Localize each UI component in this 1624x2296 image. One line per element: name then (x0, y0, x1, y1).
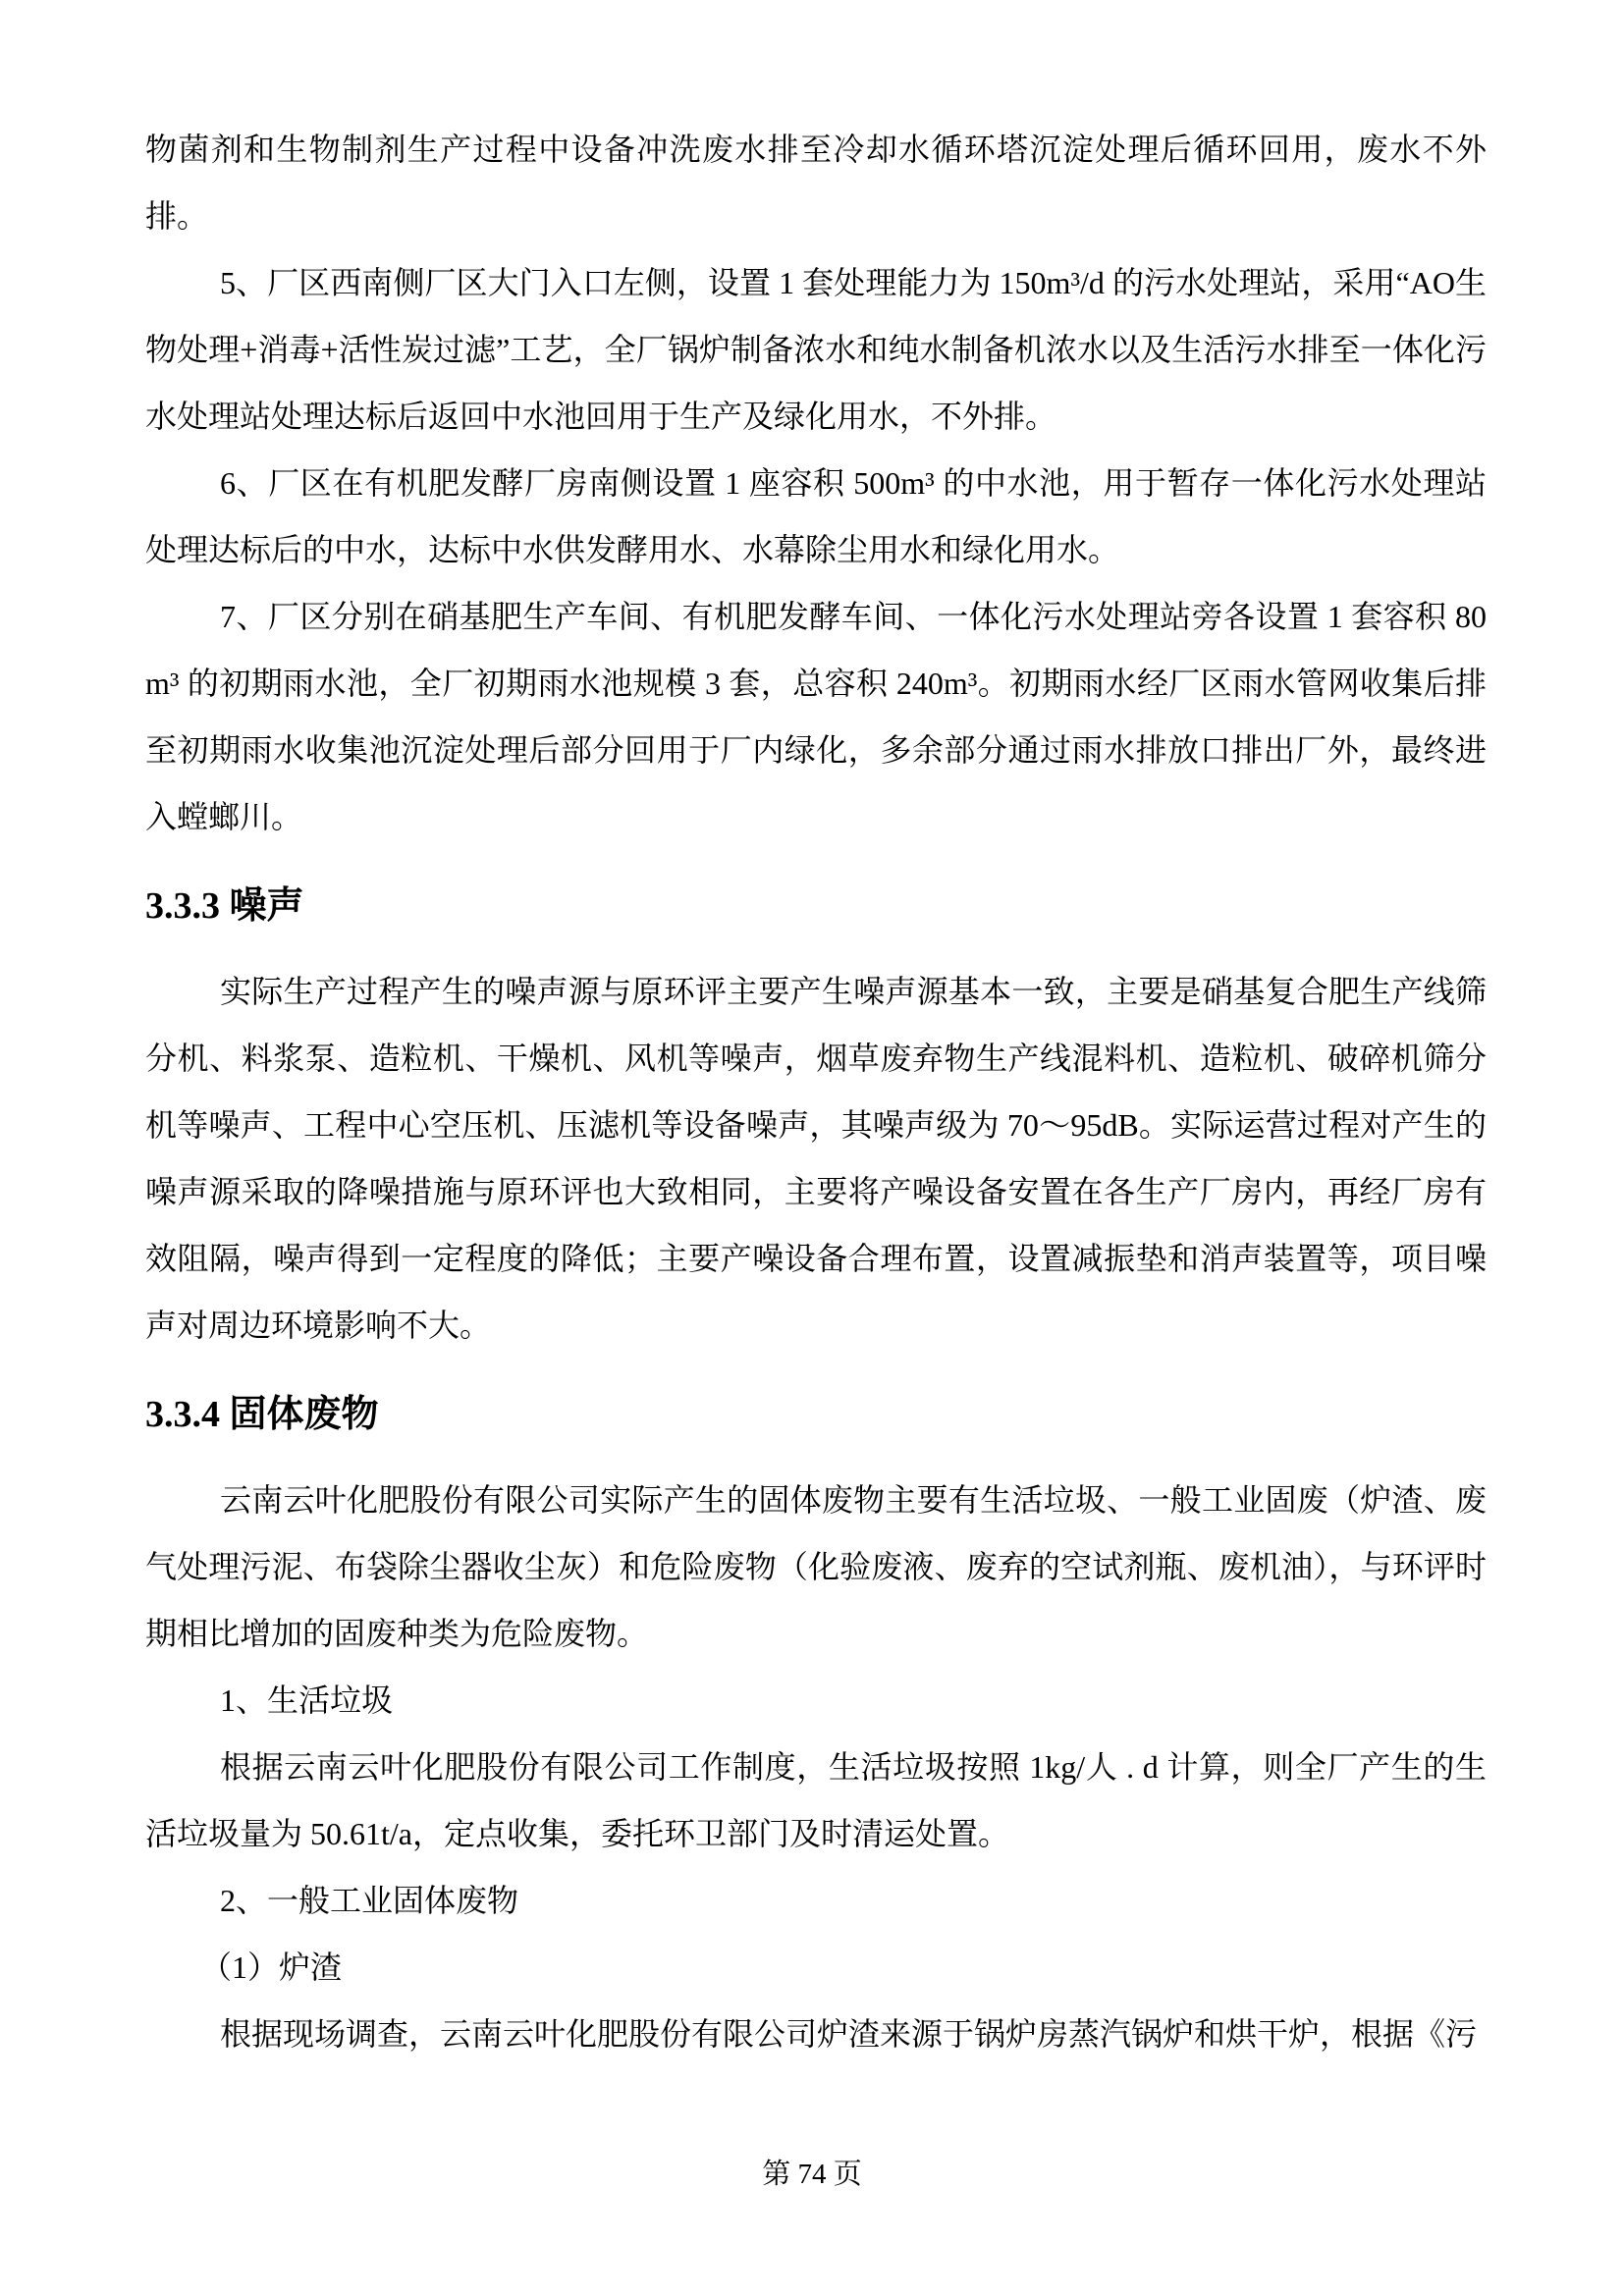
paragraph-item-7-initial-rainwater-pools: 7、厂区分别在硝基肥生产车间、有机肥发酵车间、一体化污水处理站旁各设置 1 套容… (145, 583, 1487, 850)
heading-3-3-3-noise: 3.3.3 噪声 (145, 880, 1487, 933)
list-item-2-general-industrial-solid-waste: 2、一般工业固体废物 (145, 1867, 1487, 1934)
paragraph-wastewater-continued: 物菌剂和生物制剂生产过程中设备冲洗废水排至冷却水循环塔沉淀处理后循环回用，废水不… (145, 116, 1487, 249)
paragraph-item-6-reclaimed-water-pool: 6、厂区在有机肥发酵厂房南侧设置 1 座容积 500m³ 的中水池，用于暂存一体… (145, 450, 1487, 583)
list-item-1-domestic-garbage: 1、生活垃圾 (145, 1667, 1487, 1734)
list-item-slag: （1）炉渣 (145, 1934, 1487, 2001)
paragraph-slag-source: 根据现场调查，云南云叶化肥股份有限公司炉渣来源于锅炉房蒸汽锅炉和烘干炉，根据《污 (145, 2001, 1487, 2067)
heading-3-3-4-solid-waste: 3.3.4 固体废物 (145, 1388, 1487, 1441)
document-page: 物菌剂和生物制剂生产过程中设备冲洗废水排至冷却水循环塔沉淀处理后循环回用，废水不… (0, 0, 1624, 2296)
page-number: 第 74 页 (0, 2152, 1624, 2192)
paragraph-item-5-sewage-station: 5、厂区西南侧厂区大门入口左侧，设置 1 套处理能力为 150m³/d 的污水处… (145, 249, 1487, 450)
paragraph-solid-waste-overview: 云南云叶化肥股份有限公司实际产生的固体废物主要有生活垃圾、一般工业固废（炉渣、废… (145, 1467, 1487, 1667)
document-body: 物菌剂和生物制剂生产过程中设备冲洗废水排至冷却水循环塔沉淀处理后循环回用，废水不… (145, 116, 1487, 2067)
paragraph-domestic-garbage-amount: 根据云南云叶化肥股份有限公司工作制度，生活垃圾按照 1kg/人 . d 计算，则… (145, 1734, 1487, 1867)
paragraph-noise-sources-and-mitigation: 实际生产过程产生的噪声源与原环评主要产生噪声源基本一致，主要是硝基复合肥生产线筛… (145, 958, 1487, 1359)
